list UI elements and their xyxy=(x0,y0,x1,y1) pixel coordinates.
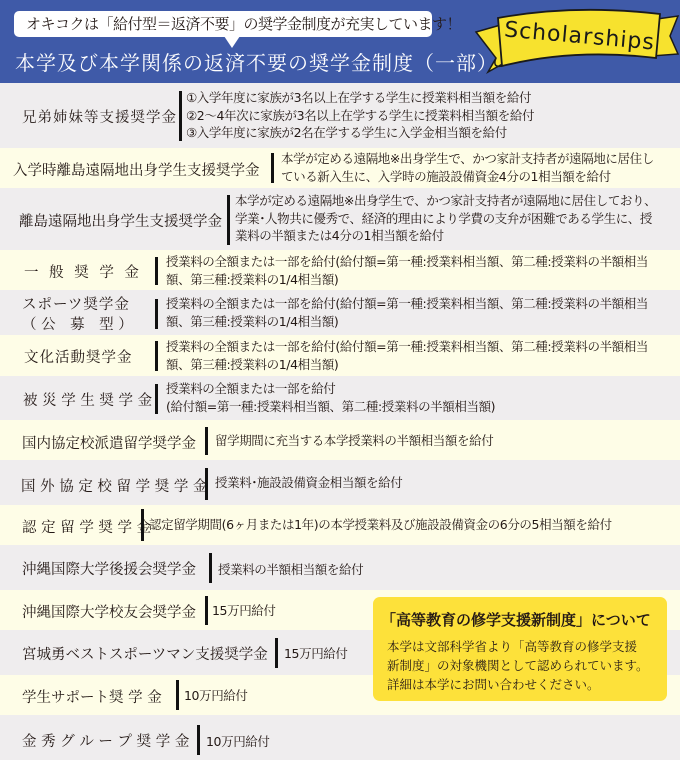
description-line: ①入学年度に家族が3名以上在学する学生に授業料相当額を給付 xyxy=(186,89,534,107)
divider-bar xyxy=(209,553,212,583)
notice-title: 「高等教育の修学支援新制度」について xyxy=(381,609,651,630)
scholarship-name: 国 外 協 定 校 留 学 奨 学 金 xyxy=(21,475,207,496)
divider-bar xyxy=(155,257,158,285)
description-line: 10万円給付 xyxy=(184,687,248,705)
scholarship-description: 15万円給付 xyxy=(212,602,276,620)
description-line: 額、第三種:授業料の1/4相当額) xyxy=(166,356,648,374)
description-line: 額、第三種:授業料の1/4相当額) xyxy=(166,313,648,331)
scholarship-name: 国内協定校派遣留学奨学金 xyxy=(22,432,196,453)
divider-bar xyxy=(179,91,182,141)
scholarship-description: 授業料の全額または一部を給付(給付額=第一種:授業料相当額、第二種:授業料の半額… xyxy=(166,253,648,288)
scholarship-name: スポーツ奨学金 xyxy=(22,293,130,314)
scholarship-row: 一 般 奨 学 金 授業料の全額または一部を給付(給付額=第一種:授業料相当額、… xyxy=(0,250,680,290)
notice-box: 「高等教育の修学支援新制度」について 本学は文部科学省より「高等教育の修学支援 … xyxy=(373,597,667,701)
description-line: 授業料の全額または一部を給付(給付額=第一種:授業料相当額、第二種:授業料の半額… xyxy=(166,253,648,271)
scholarship-name: 文化活動奨学金 xyxy=(24,346,133,367)
notice-line: 新制度」の対象機関として認められています。 xyxy=(387,656,649,675)
scholarship-description: 15万円給付 xyxy=(284,645,348,663)
scholarship-name-subtitle: （ 公 募 型 ） xyxy=(22,313,133,334)
scholarship-name: 認 定 留 学 奨 学 金 xyxy=(22,516,151,537)
scholarship-row: 文化活動奨学金 授業料の全額または一部を給付(給付額=第一種:授業料相当額、第二… xyxy=(0,335,680,376)
notice-line: 詳細は本学にお問い合わせください。 xyxy=(387,675,649,694)
description-line: (給付額=第一種:授業料相当額、第二種:授業料の半額相当額) xyxy=(166,398,495,416)
scholarship-description: 本学が定める遠隔地※出身学生で、かつ家計支持者が遠隔地に居住しており、 学業･人… xyxy=(235,192,656,245)
description-line: 認定留学期間(6ヶ月または1年)の本学授業料及び施設設備資金の6分の5相当額を給… xyxy=(149,516,612,534)
description-line: ③入学年度に家族が2名在学する学生に入学金相当額を給付 xyxy=(186,124,534,142)
scholarship-row: 被 災 学 生 奨 学 金 授業料の全額または一部を給付 (給付額=第一種:授業… xyxy=(0,376,680,420)
description-line: 額、第三種:授業料の1/4相当額) xyxy=(166,271,648,289)
scholarship-row: 金 秀 グ ル ー プ 奨 学 金 10万円給付 xyxy=(0,715,680,760)
speech-bubble: オキコクは「給付型＝返済不要」の奨学金制度が充実しています！ xyxy=(14,11,432,37)
scholarship-description: 授業料の全額または一部を給付 (給付額=第一種:授業料相当額、第二種:授業料の半… xyxy=(166,380,495,415)
description-line: 授業料の全額または一部を給付 xyxy=(166,380,495,398)
description-line: 業料の半額または4分の1相当額を給付 xyxy=(235,227,656,245)
scholarship-description: 授業料の全額または一部を給付(給付額=第一種:授業料相当額、第二種:授業料の半額… xyxy=(166,295,648,330)
scholarship-description: 10万円給付 xyxy=(184,687,248,705)
scholarship-row: スポーツ奨学金 （ 公 募 型 ） 授業料の全額または一部を給付(給付額=第一種… xyxy=(0,290,680,335)
scholarship-name: 沖縄国際大学後援会奨学金 xyxy=(22,558,196,579)
divider-bar xyxy=(271,153,274,183)
description-line: 授業料･施設設備資金相当額を給付 xyxy=(215,474,402,492)
scholarship-description: 認定留学期間(6ヶ月または1年)の本学授業料及び施設設備資金の6分の5相当額を給… xyxy=(149,516,612,534)
scholarship-row: 認 定 留 学 奨 学 金 認定留学期間(6ヶ月または1年)の本学授業料及び施設… xyxy=(0,505,680,545)
scholarship-description: 授業料･施設設備資金相当額を給付 xyxy=(215,474,402,492)
scholarship-name: 学生サポート奨 学 金 xyxy=(22,686,162,707)
description-line: 授業料の半額相当額を給付 xyxy=(218,561,363,579)
scholarship-row: 国内協定校派遣留学奨学金 留学期間に充当する本学授業料の半額相当額を給付 xyxy=(0,420,680,460)
scholarship-description: 本学が定める遠隔地※出身学生で、かつ家計支持者が遠隔地に居住し ている新入生に、… xyxy=(281,150,654,185)
divider-bar xyxy=(205,596,208,625)
notice-line: 本学は文部科学省より「高等教育の修学支援 xyxy=(387,637,649,656)
description-line: 授業料の全額または一部を給付(給付額=第一種:授業料相当額、第二種:授業料の半額… xyxy=(166,338,648,356)
divider-bar xyxy=(176,680,179,710)
scholarship-name: 一 般 奨 学 金 xyxy=(24,261,142,282)
description-line: 15万円給付 xyxy=(284,645,348,663)
scholarship-name: 沖縄国際大学校友会奨学金 xyxy=(22,601,196,622)
divider-bar xyxy=(155,299,158,329)
divider-bar xyxy=(205,427,208,455)
description-line: 15万円給付 xyxy=(212,602,276,620)
description-line: 留学期間に充当する本学授業料の半額相当額を給付 xyxy=(215,432,493,450)
divider-bar xyxy=(275,638,278,668)
divider-bar xyxy=(155,384,158,414)
scholarship-description: ①入学年度に家族が3名以上在学する学生に授業料相当額を給付 ②2～4年次に家族が… xyxy=(186,89,534,142)
description-line: 学業･人物共に優秀で、経済的理由により学費の支弁が困難である学生に、授 xyxy=(235,210,656,228)
description-line: ②2～4年次に家族が3名以上在学する学生に授業料相当額を給付 xyxy=(186,107,534,125)
scholarship-row: 沖縄国際大学後援会奨学金 授業料の半額相当額を給付 xyxy=(0,545,680,590)
scholarship-row: 離島遠隔地出身学生支援奨学金 本学が定める遠隔地※出身学生で、かつ家計支持者が遠… xyxy=(0,188,680,250)
scholarship-name: 被 災 学 生 奨 学 金 xyxy=(23,389,152,410)
page-title: 本学及び本学関係の返済不要の奨学金制度（一部） xyxy=(15,47,498,76)
divider-bar xyxy=(155,341,158,371)
scholarship-name: 入学時離島遠隔地出身学生支援奨学金 xyxy=(13,159,260,180)
scholarship-description: 授業料の全額または一部を給付(給付額=第一種:授業料相当額、第二種:授業料の半額… xyxy=(166,338,648,373)
description-line: 本学が定める遠隔地※出身学生で、かつ家計支持者が遠隔地に居住しており、 xyxy=(235,192,656,210)
divider-bar xyxy=(227,195,230,245)
description-line: ている新入生に、入学時の施設設備資金4分の1相当額を給付 xyxy=(281,168,654,186)
notice-body: 本学は文部科学省より「高等教育の修学支援 新制度」の対象機関として認められていま… xyxy=(387,637,649,694)
scholarship-description: 授業料の半額相当額を給付 xyxy=(218,561,363,579)
scholarship-description: 10万円給付 xyxy=(206,733,270,751)
scholarship-row: 入学時離島遠隔地出身学生支援奨学金 本学が定める遠隔地※出身学生で、かつ家計支持… xyxy=(0,148,680,188)
scholarship-name: 宮城勇ベストスポーツマン支援奨学金 xyxy=(22,643,268,664)
description-line: 10万円給付 xyxy=(206,733,270,751)
divider-bar xyxy=(197,725,200,755)
scholarship-name: 兄弟姉妹等支援奨学金 xyxy=(22,106,177,127)
divider-bar xyxy=(141,509,144,541)
scholarship-name: 金 秀 グ ル ー プ 奨 学 金 xyxy=(22,730,189,751)
scholarship-row: 兄弟姉妹等支援奨学金 ①入学年度に家族が3名以上在学する学生に授業料相当額を給付… xyxy=(0,83,680,148)
scholarship-description: 留学期間に充当する本学授業料の半額相当額を給付 xyxy=(215,432,493,450)
divider-bar xyxy=(205,468,208,500)
scholarship-name: 離島遠隔地出身学生支援奨学金 xyxy=(19,210,222,231)
description-line: 本学が定める遠隔地※出身学生で、かつ家計支持者が遠隔地に居住し xyxy=(281,150,654,168)
description-line: 授業料の全額または一部を給付(給付額=第一種:授業料相当額、第二種:授業料の半額… xyxy=(166,295,648,313)
scholarship-row: 国 外 協 定 校 留 学 奨 学 金 授業料･施設設備資金相当額を給付 xyxy=(0,460,680,505)
header-banner: オキコクは「給付型＝返済不要」の奨学金制度が充実しています！ 本学及び本学関係の… xyxy=(0,0,680,83)
